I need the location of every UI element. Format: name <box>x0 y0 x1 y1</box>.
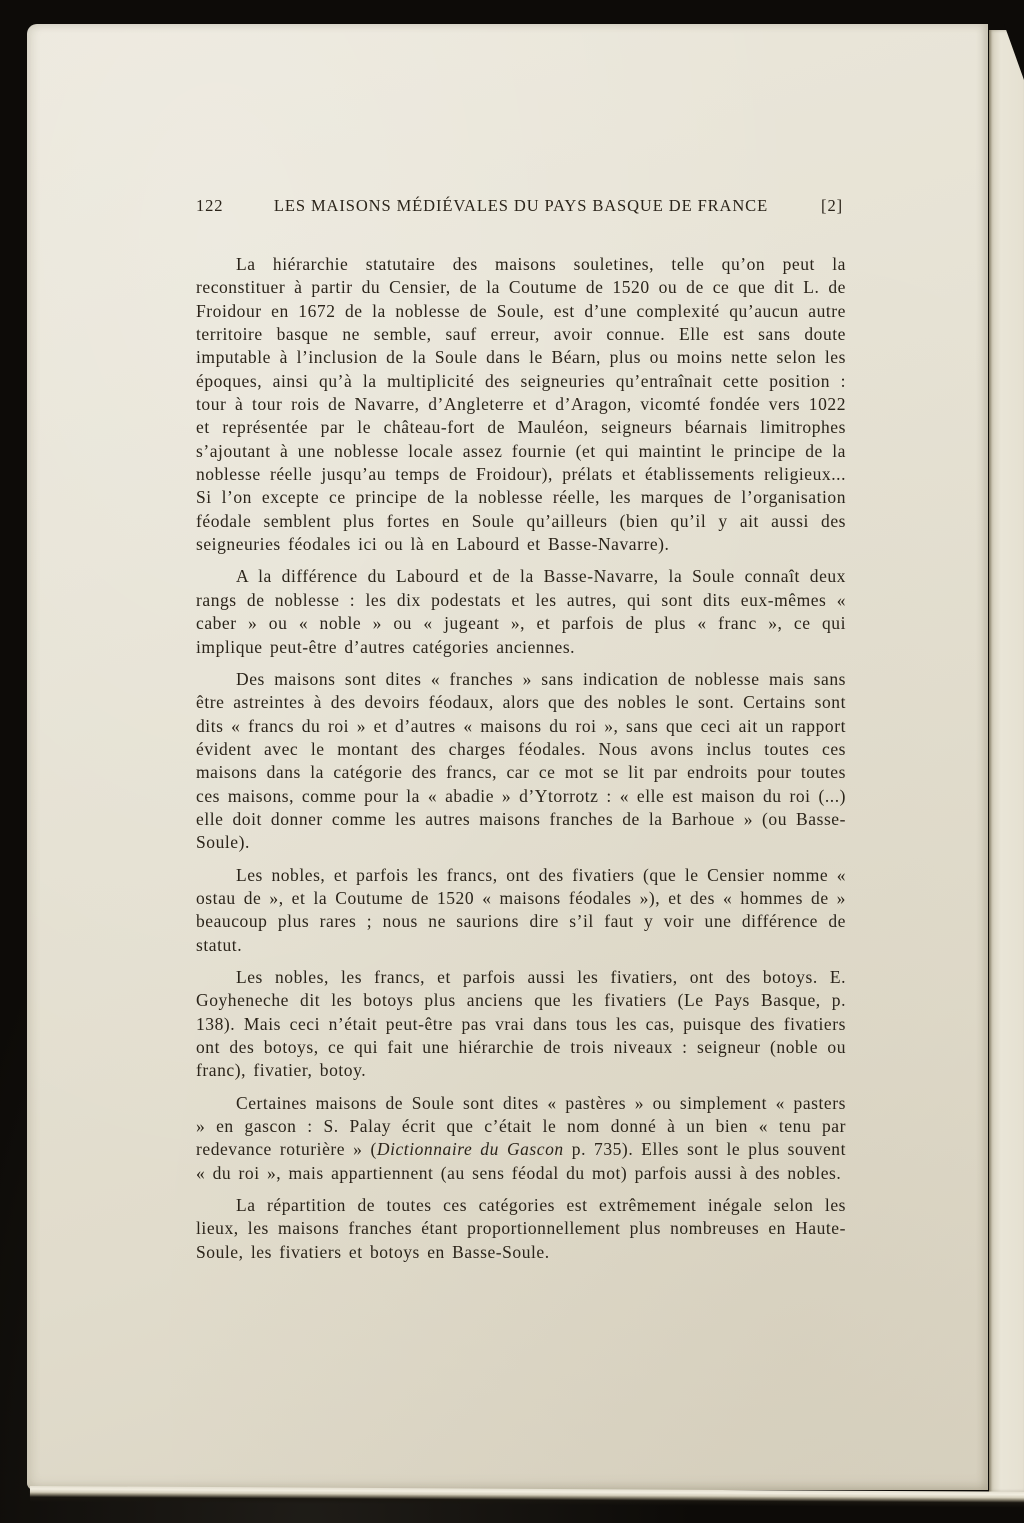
facing-page-edge <box>989 30 1024 1492</box>
running-header: 122 LES MAISONS MÉDIÉVALES DU PAYS BASQU… <box>196 196 846 220</box>
body-paragraph: Les nobles, et parfois les francs, ont d… <box>196 864 846 957</box>
page-body: La hiérarchie statutaire des maisons sou… <box>196 253 846 1264</box>
paragraph-text: La répartition de toutes ces catégories … <box>196 1195 846 1262</box>
running-title: LES MAISONS MÉDIÉVALES DU PAYS BASQUE DE… <box>274 196 768 216</box>
body-paragraph: A la différence du Labourd et de la Bass… <box>196 565 846 658</box>
body-paragraph: La répartition de toutes ces catégories … <box>196 1194 846 1264</box>
italic-book-title: Dictionnaire du Gascon <box>377 1139 564 1159</box>
body-paragraph: La hiérarchie statutaire des maisons sou… <box>196 253 846 556</box>
paragraph-text: A la différence du Labourd et de la Bass… <box>196 566 846 656</box>
paragraph-text: La hiérarchie statutaire des maisons sou… <box>196 254 846 554</box>
body-paragraph: Des maisons sont dites « franches » sans… <box>196 668 846 855</box>
photo-background: 122 LES MAISONS MÉDIÉVALES DU PAYS BASQU… <box>0 0 1024 1523</box>
body-paragraph: Certaines maisons de Soule sont dites « … <box>196 1092 846 1185</box>
paragraph-text: Des maisons sont dites « franches » sans… <box>196 669 846 852</box>
book-page: 122 LES MAISONS MÉDIÉVALES DU PAYS BASQU… <box>27 24 988 1490</box>
body-paragraph: Les nobles, les francs, et parfois aussi… <box>196 966 846 1083</box>
paragraph-text: Les nobles, et parfois les francs, ont d… <box>196 865 846 955</box>
column-reference: [2] <box>821 196 843 216</box>
printed-text-block: 122 LES MAISONS MÉDIÉVALES DU PAYS BASQU… <box>196 196 846 1273</box>
page-number: 122 <box>196 196 223 216</box>
paragraph-text: Les nobles, les francs, et parfois aussi… <box>196 967 846 1080</box>
